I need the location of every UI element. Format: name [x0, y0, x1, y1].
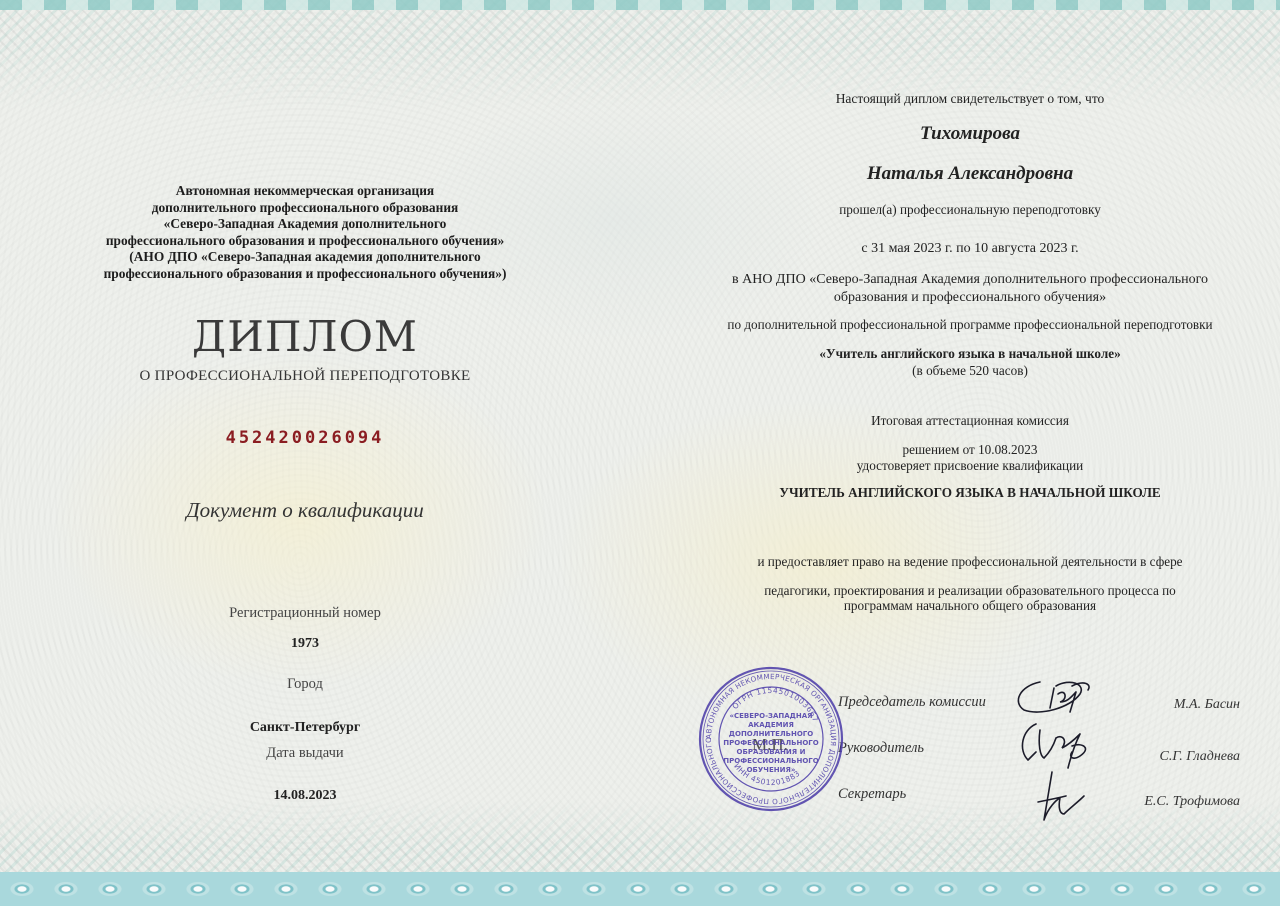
stamp-center-line: АКАДЕМИЯ	[748, 721, 794, 729]
completed-text: прошел(а) профессиональную переподготовк…	[660, 202, 1280, 218]
rights-line-3: программам начального общего образования	[660, 598, 1280, 614]
stamp-center-line: ОБРАЗОВАНИЯ И	[737, 748, 806, 756]
diploma-subtitle: О ПРОФЕССИОНАЛЬНОЙ ПЕРЕПОДГОТОВКЕ	[40, 368, 570, 385]
org-line: Автономная некоммерческая организация	[40, 183, 570, 200]
intro-text: Настоящий диплом свидетельствует о том, …	[660, 91, 1280, 107]
top-border	[0, 0, 1280, 10]
institution-line-1: в АНО ДПО «Северо-Западная Академия допо…	[660, 272, 1280, 288]
training-period: с 31 мая 2023 г. по 10 августа 2023 г.	[660, 241, 1280, 257]
signature-chairman-icon	[1010, 672, 1100, 720]
stamp-center-line: ПРОФЕССИОНАЛЬНОГО	[723, 739, 818, 747]
organization-name: Автономная некоммерческая организация до…	[40, 183, 570, 282]
org-line: (АНО ДПО «Северо-Западная академия допол…	[40, 249, 570, 266]
signatory-name: М.А. Басин	[1080, 697, 1240, 713]
issue-date: 14.08.2023	[40, 788, 570, 804]
program-hours: (в объеме 520 часов)	[660, 363, 1280, 379]
stamp-center-line: ДОПОЛНИТЕЛЬНОГО	[729, 730, 814, 738]
signature-secretary-icon	[1030, 768, 1090, 828]
stamp-center-line: ПРОФЕССИОНАЛЬНОГО	[723, 757, 818, 765]
commission-text: Итоговая аттестационная комиссия	[660, 413, 1280, 429]
city-label: Город	[40, 676, 570, 693]
signatory-name: Е.С. Трофимова	[1080, 794, 1240, 810]
serial-number: 452420026094	[40, 428, 570, 448]
document-type: Документ о квалификации	[40, 498, 570, 523]
holder-given-names: Наталья Александровна	[660, 166, 1280, 182]
org-line: дополнительного профессионального образо…	[40, 200, 570, 217]
decision-date: решением от 10.08.2023	[660, 442, 1280, 458]
reg-number: 1973	[40, 636, 570, 652]
stamp-center-line: «СЕВЕРО-ЗАПАДНАЯ	[729, 712, 812, 720]
official-seal-icon: АВТОНОМНАЯ НЕКОММЕРЧЕСКАЯ ОРГАНИЗАЦИЯ ДО…	[697, 665, 845, 813]
program-intro: по дополнительной профессиональной прогр…	[660, 317, 1280, 333]
holder-surname: Тихомирова	[660, 126, 1280, 142]
org-line: профессионального образования и професси…	[40, 233, 570, 250]
rights-line-2: педагогики, проектирования и реализации …	[660, 583, 1280, 599]
signature-role: Руководитель	[838, 740, 924, 757]
signature-director-icon	[1010, 716, 1110, 774]
org-line: «Северо-Западная Академия дополнительног…	[40, 216, 570, 233]
rights-line-1: и предоставляет право на ведение професс…	[660, 554, 1280, 570]
program-name: «Учитель английского языка в начальной ш…	[660, 346, 1280, 362]
bottom-border	[0, 872, 1280, 906]
institution-line-2: образования и профессионального обучения…	[660, 290, 1280, 306]
qualification: УЧИТЕЛЬ АНГЛИЙСКОГО ЯЗЫКА В НАЧАЛЬНОЙ ШК…	[660, 485, 1280, 501]
issue-date-label: Дата выдачи	[40, 745, 570, 762]
certifies-text: удостоверяет присвоение квалификации	[660, 458, 1280, 474]
stamp-center-line: ОБУЧЕНИЯ»	[747, 766, 796, 774]
diploma-title: ДИПЛОМ	[40, 312, 570, 361]
reg-number-label: Регистрационный номер	[40, 605, 570, 622]
signature-role: Секретарь	[838, 786, 906, 803]
signature-role: Председатель комиссии	[838, 694, 986, 711]
org-line: профессионального образования и професси…	[40, 266, 570, 283]
city: Санкт-Петербург	[40, 720, 570, 736]
